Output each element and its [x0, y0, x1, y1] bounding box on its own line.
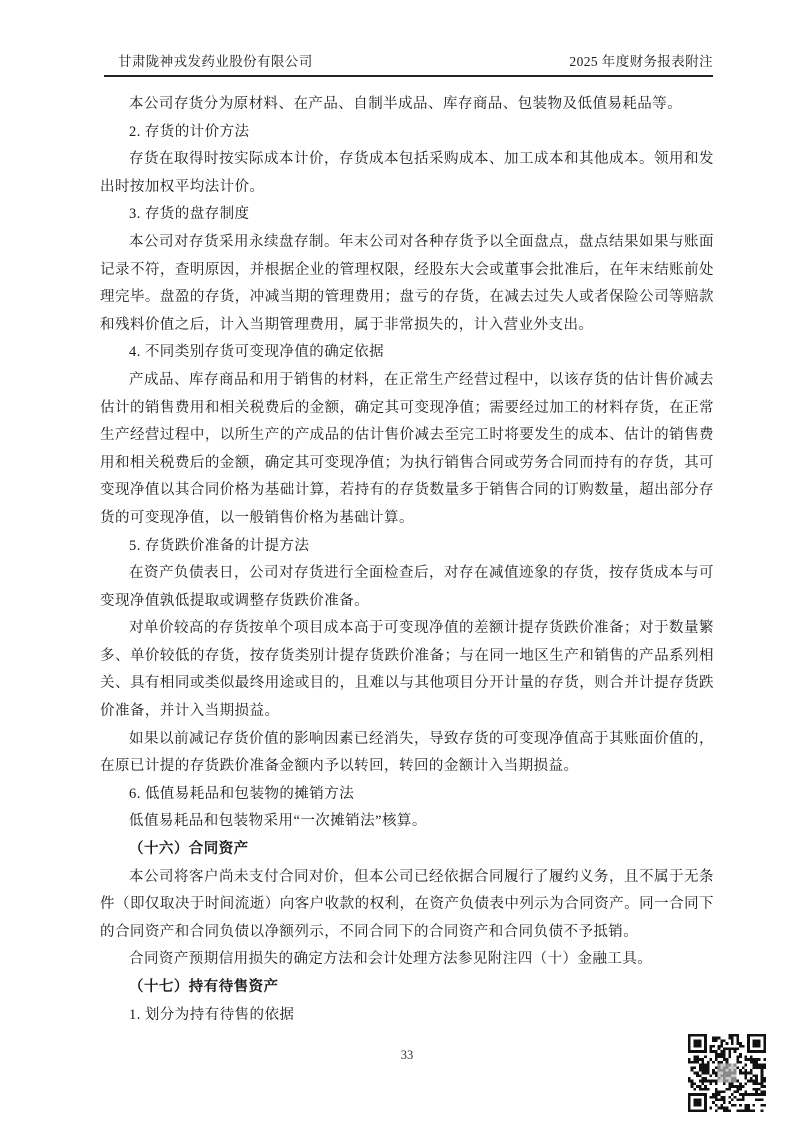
header-company-name: 甘肃陇神戎发药业股份有限公司	[118, 50, 313, 70]
document-body: 本公司存货分为原材料、在产品、自制半成品、库存商品、包装物及低值易耗品等。2. …	[100, 91, 714, 1029]
page-header: 甘肃陇神戎发药业股份有限公司 2025 年度财务报表附注	[104, 50, 713, 77]
paragraph: 对单价较高的存货按单个项目成本高于可变现净值的差额计提存货跌价准备；对于数量繁多…	[100, 615, 714, 725]
paragraph: 在资产负债表日，公司对存货进行全面检查后，对存在减值迹象的存货，按存货成本与可变…	[100, 560, 714, 615]
numbered-heading: 1. 划分为持有待售的依据	[100, 1002, 714, 1030]
section-heading: （十六）合同资产	[100, 836, 714, 864]
numbered-heading: 5. 存货跌价准备的计提方法	[100, 533, 714, 561]
paragraph: 本公司存货分为原材料、在产品、自制半成品、库存商品、包装物及低值易耗品等。	[100, 91, 714, 119]
paragraph: 存货在取得时按实际成本计价，存货成本包括采购成本、加工成本和其他成本。领用和发出…	[100, 146, 714, 201]
paragraph: 产成品、库存商品和用于销售的材料，在正常生产经营过程中，以该存货的估计售价减去估…	[100, 367, 714, 533]
paragraph: 低值易耗品和包装物采用“一次摊销法”核算。	[100, 808, 714, 836]
section-heading: （十七）持有待售资产	[100, 974, 714, 1002]
header-doc-title: 2025 年度财务报表附注	[569, 50, 713, 70]
numbered-heading: 4. 不同类别存货可变现净值的确定依据	[100, 339, 714, 367]
numbered-heading: 3. 存货的盘存制度	[100, 201, 714, 229]
paragraph: 合同资产预期信用损失的确定方法和会计处理方法参见附注四（十）金融工具。	[100, 946, 714, 974]
document-page: 甘肃陇神戎发药业股份有限公司 2025 年度财务报表附注 本公司存货分为原材料、…	[0, 0, 794, 1122]
paragraph: 如果以前减记存货价值的影响因素已经消失，导致存货的可变现净值高于其账面价值的，在…	[100, 726, 714, 781]
numbered-heading: 2. 存货的计价方法	[100, 119, 714, 147]
page-number: 33	[100, 1048, 714, 1063]
numbered-heading: 6. 低值易耗品和包装物的摊销方法	[100, 781, 714, 809]
paragraph: 本公司对存货采用永续盘存制。年末公司对各种存货予以全面盘点，盘点结果如果与账面记…	[100, 229, 714, 339]
qr-code-icon	[688, 1034, 766, 1112]
paragraph: 本公司将客户尚未支付合同对价，但本公司已经依据合同履行了履约义务，且不属于无条件…	[100, 864, 714, 947]
